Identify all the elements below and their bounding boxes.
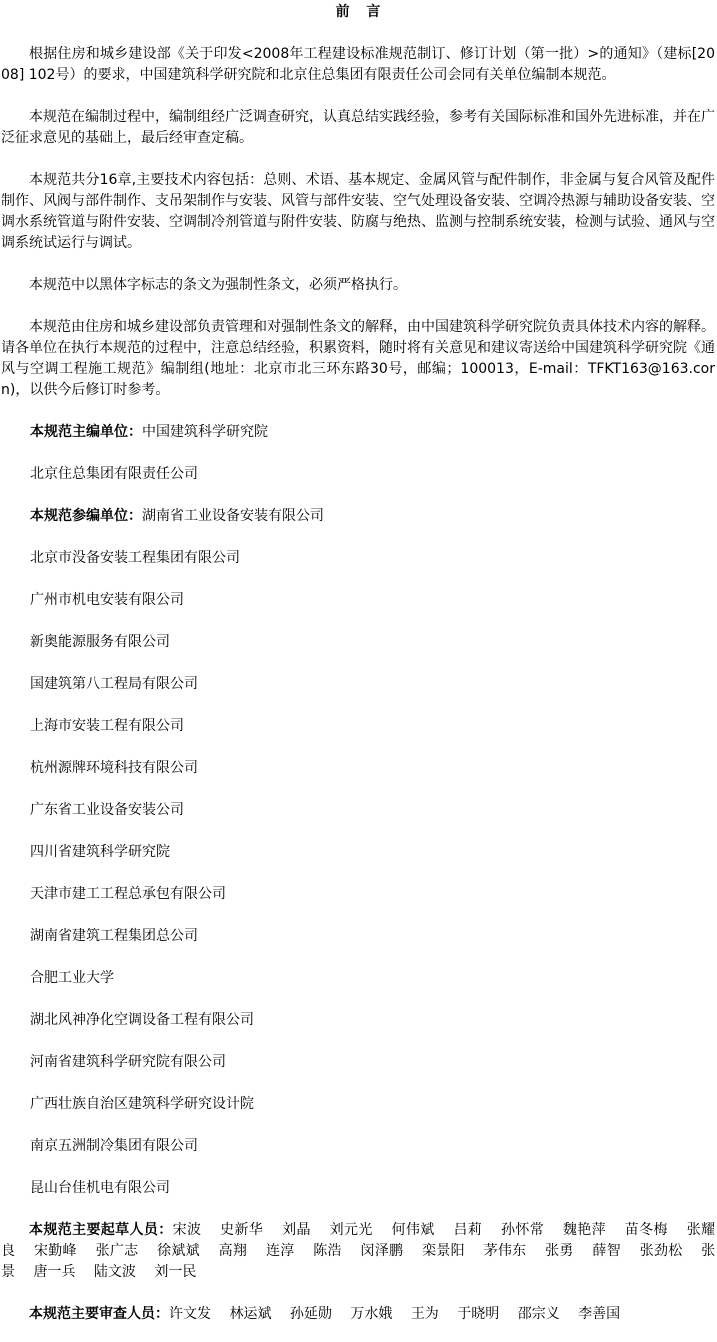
- person-name: 张广志: [96, 1243, 139, 1259]
- person-name: 徐斌斌: [157, 1243, 200, 1259]
- chief-editor-unit: 中国建筑科学研究院: [142, 424, 268, 440]
- chief-editor-label: 本规范主编单位：: [30, 424, 142, 440]
- person-name: 薛智: [592, 1243, 621, 1259]
- participating-unit: 湖南省工业设备安装有限公司: [142, 508, 324, 524]
- person-name: 唐一兵: [33, 1264, 75, 1280]
- paragraph-process: 本规范在编制过程中，编制组经广泛调查研究，认真总结实践经验，参考有关国际标准和国…: [1, 107, 715, 149]
- person-name: 刘元光: [330, 1222, 373, 1238]
- document-page: 前 言 根据住房和城乡建设部《关于印发<2008年工程建设标准规范制订、修订计划…: [0, 2, 717, 1325]
- person-name: 闵泽鹏: [361, 1243, 404, 1259]
- person-name: 张勇: [545, 1243, 574, 1259]
- participating-unit: 国建筑第八工程局有限公司: [1, 674, 715, 695]
- person-name: 李善国: [578, 1306, 620, 1322]
- person-name: 魏艳萍: [563, 1222, 606, 1238]
- person-name: 连淳: [266, 1243, 295, 1259]
- person-name: 王为: [411, 1306, 439, 1322]
- drafters-label: 本规范主要起草人员：: [29, 1222, 173, 1238]
- person-name: 孙怀常: [501, 1222, 544, 1238]
- participating-unit: 湖南省建筑工程集团总公司: [1, 926, 715, 947]
- chief-editor-line: 本规范主编单位：中国建筑科学研究院: [1, 422, 715, 443]
- person-name: 何伟斌: [392, 1222, 435, 1238]
- chief-editor-unit-2: 北京住总集团有限责任公司: [1, 464, 715, 485]
- paragraph-management: 本规范由住房和城乡建设部负责管理和对强制性条文的解释，由中国建筑科学研究院负责具…: [1, 317, 715, 401]
- participating-unit: 新奥能源服务有限公司: [1, 632, 715, 653]
- person-name: 吕莉: [453, 1222, 482, 1238]
- participating-label: 本规范参编单位：: [30, 508, 142, 524]
- reviewers-paragraph: 本规范主要审查人员：许文发 林运斌 孙延勋 万水娥 王为 于晓明 邵宗义 李善国: [1, 1304, 715, 1325]
- participating-unit: 河南省建筑科学研究院有限公司: [1, 1052, 715, 1073]
- paragraph-basis: 根据住房和城乡建设部《关于印发<2008年工程建设标准规范制订、修订计划（第一批…: [1, 44, 715, 86]
- participating-unit: 广东省工业设备安装公司: [1, 800, 715, 821]
- person-name: 许文发: [169, 1306, 211, 1322]
- person-name: 陆文波: [94, 1264, 136, 1280]
- person-name: 史新华: [220, 1222, 263, 1238]
- person-name: 万水娥: [350, 1306, 392, 1322]
- participating-unit: 合肥工业大学: [1, 968, 715, 989]
- participating-unit: 杭州源牌环境科技有限公司: [1, 758, 715, 779]
- person-name: 孙延勋: [290, 1306, 332, 1322]
- person-name: 栾景阳: [422, 1243, 465, 1259]
- participating-unit: 广州市机电安装有限公司: [1, 590, 715, 611]
- drafters-paragraph: 本规范主要起草人员：宋波 史新华 刘晶 刘元光 何伟斌 吕莉 孙怀常 魏艳萍 苗…: [1, 1220, 715, 1283]
- person-name: 张劲松: [640, 1243, 683, 1259]
- participating-unit: 湖北风神净化空调设备工程有限公司: [1, 1010, 715, 1031]
- person-name: 陈浩: [313, 1243, 342, 1259]
- person-name: 邵宗义: [518, 1306, 560, 1322]
- person-name: 刘一民: [154, 1264, 196, 1280]
- person-name: 林运斌: [229, 1306, 271, 1322]
- participating-unit: 广西壮族自治区建筑科学研究设计院: [1, 1094, 715, 1115]
- page-title: 前 言: [1, 2, 715, 23]
- reviewers-label: 本规范主要审查人员：: [29, 1306, 169, 1322]
- paragraph-mandatory: 本规范中以黑体字标志的条文为强制性条文，必须严格执行。: [1, 275, 715, 296]
- person-name: 高翔: [219, 1243, 248, 1259]
- participating-unit: 南京五洲制冷集团有限公司: [1, 1136, 715, 1157]
- person-name: 刘晶: [282, 1222, 311, 1238]
- reviewers-names: 许文发 林运斌 孙延勋 万水娥 王为 于晓明 邵宗义 李善国: [169, 1306, 634, 1322]
- participating-line: 本规范参编单位：湖南省工业设备安装有限公司: [1, 506, 715, 527]
- participating-unit: 四川省建筑科学研究院: [1, 842, 715, 863]
- participating-unit: 昆山台佳机电有限公司: [1, 1178, 715, 1199]
- participating-unit: 北京市没备安装工程集团有限公司: [1, 548, 715, 569]
- participating-unit: 上海市安装工程有限公司: [1, 716, 715, 737]
- person-name: 宋勤峰: [34, 1243, 77, 1259]
- person-name: 于晓明: [457, 1306, 499, 1322]
- person-name: 茅伟东: [484, 1243, 527, 1259]
- participating-unit: 天津市建工工程总承包有限公司: [1, 884, 715, 905]
- person-name: 宋波: [173, 1222, 202, 1238]
- paragraph-contents: 本规范共分16章,主要技术内容包括：总则、术语、基本规定、金属风管与配件制作，非…: [1, 170, 715, 254]
- person-name: 苗冬梅: [625, 1222, 668, 1238]
